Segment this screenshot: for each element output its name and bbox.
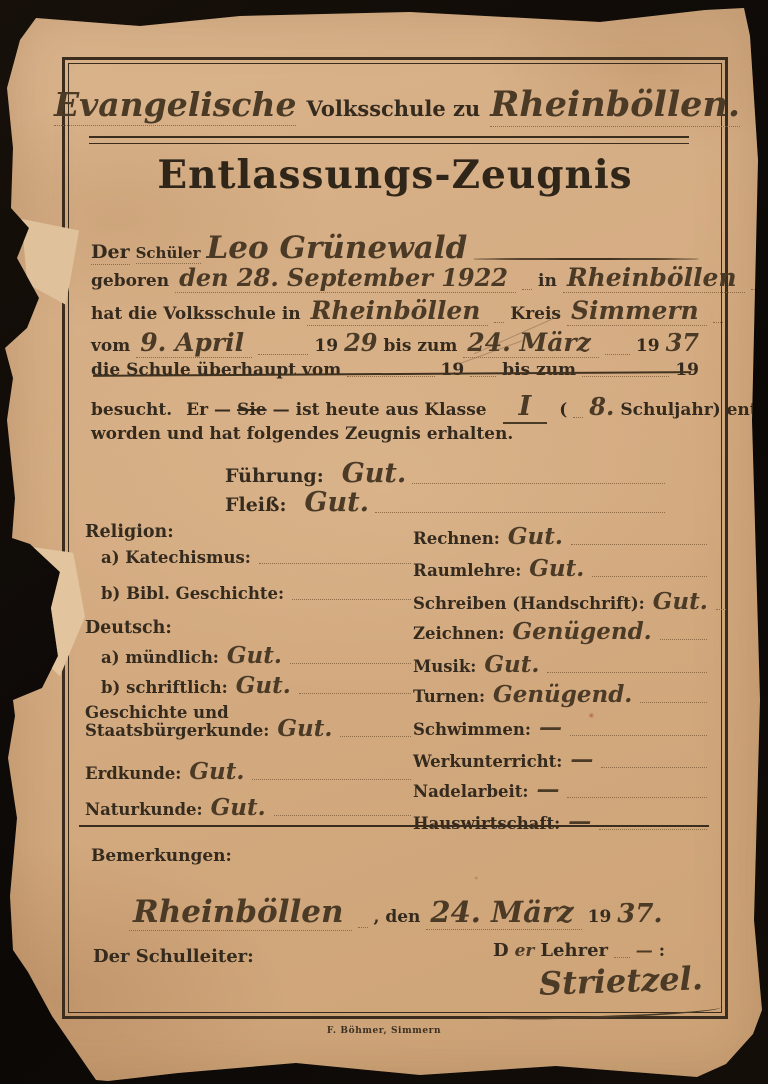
- schreiben-label: Schreiben (Handschrift):: [413, 594, 645, 613]
- dotted-line: [347, 376, 434, 377]
- to-year-handwritten: 37: [666, 328, 699, 357]
- dotted-line: [751, 289, 761, 290]
- hauswirtschaft-row: Hauswirtschaft: —: [413, 808, 707, 833]
- dotted-line: [605, 354, 630, 355]
- from-year-handwritten: 29: [344, 328, 377, 357]
- struck-text-a: die Schule überhaupt vom: [91, 360, 341, 380]
- century-printed: 19: [636, 336, 660, 356]
- lehrer-d-printed: D: [493, 940, 509, 961]
- kreis-label: Kreis: [510, 304, 561, 324]
- dotted-line: [470, 376, 496, 377]
- naturkunde-value: Gut.: [211, 794, 266, 821]
- nadelarbeit-row: Nadelarbeit: —: [413, 776, 707, 801]
- dotted-line: [599, 829, 707, 830]
- nadelarbeit-label: Nadelarbeit:: [413, 782, 528, 801]
- er-label: Er: [186, 400, 208, 420]
- rechnen-value: Gut.: [508, 523, 563, 550]
- erdkunde-label: Erdkunde:: [85, 764, 181, 783]
- volksschule-label: hat die Volksschule in: [91, 304, 301, 324]
- schulleiter-row: Der Schulleiter:: [93, 946, 333, 967]
- muendlich-value: Gut.: [227, 642, 282, 669]
- zeichnen-value: Genügend.: [512, 618, 651, 645]
- schriftlich-value: Gut.: [236, 672, 291, 699]
- musik-label: Musik:: [413, 657, 476, 676]
- dotted-line: [582, 376, 669, 377]
- hauswirtschaft-value: —: [568, 808, 591, 835]
- fuehrung-value-handwritten: Gut.: [342, 458, 407, 489]
- zeichnen-row: Zeichnen: Genügend.: [413, 618, 707, 643]
- schriftlich-label: b) schriftlich:: [101, 678, 228, 697]
- sie-label-struck: Sie: [237, 400, 267, 420]
- musik-row: Musik: Gut.: [413, 651, 707, 676]
- article-label: Der: [91, 241, 130, 265]
- erdkunde-row: Erdkunde: Gut.: [85, 758, 411, 783]
- dismissal-row: besucht. Er — Sie — ist heute aus Klasse…: [91, 391, 699, 421]
- dotted-line: [567, 797, 707, 798]
- dotted-line: [274, 815, 411, 816]
- birth-place-handwritten: Rheinböllen: [563, 263, 745, 293]
- fuehrung-row: Führung: Gut.: [225, 458, 665, 487]
- dotted-line: [547, 672, 707, 673]
- raumlehre-value: Gut.: [529, 555, 584, 582]
- dotted-line: [614, 957, 630, 958]
- dotted-line: [573, 417, 583, 418]
- dotted-line: [258, 354, 308, 355]
- fuehrung-label: Führung:: [225, 465, 324, 487]
- rechnen-label: Rechnen:: [413, 529, 500, 548]
- struck-century-a: 19: [441, 360, 465, 380]
- certificate-border-frame: Evangelische Volksschule zu Rheinböllen.…: [62, 57, 728, 1019]
- zeichnen-label: Zeichnen:: [413, 624, 504, 643]
- rechnen-row: Rechnen: Gut.: [413, 523, 707, 548]
- from-label: vom: [91, 336, 130, 356]
- certificate-paper: Evangelische Volksschule zu Rheinböllen.…: [0, 0, 768, 1084]
- class-value-handwritten: I: [503, 391, 548, 424]
- pupil-label: Schüler: [136, 244, 201, 264]
- schreiben-row: Schreiben (Handschrift): Gut.: [413, 588, 707, 613]
- dotted-line: [716, 609, 726, 610]
- schwimmen-value: —: [539, 714, 562, 741]
- werkunterricht-row: Werkunterricht: —: [413, 746, 707, 771]
- in-label: in: [538, 271, 557, 291]
- signature-row: Strietzel.: [539, 962, 699, 1000]
- kreis-value: Simmern: [567, 296, 707, 326]
- pupil-name-handwritten: Leo Grünewald: [207, 230, 468, 266]
- raumlehre-row: Raumlehre: Gut.: [413, 555, 707, 580]
- printer-mark: F. Böhmer, Simmern: [0, 1026, 768, 1036]
- dotted-line: [375, 512, 665, 513]
- nadelarbeit-value: —: [536, 776, 559, 803]
- erdkunde-value: Gut.: [189, 758, 244, 785]
- birth-row: geboren den 28. September 1922 in Rheinb…: [91, 263, 699, 293]
- schulleiter-label: Der Schulleiter:: [93, 946, 254, 967]
- year-handwritten: 37.: [617, 899, 662, 929]
- fleiss-label: Fleiß:: [225, 494, 286, 516]
- certificate-title: Entlassungs-Zeugnis: [65, 152, 725, 198]
- schuljahr-label: Schuljahr) entlassen: [620, 400, 768, 420]
- section-divider: [79, 825, 709, 827]
- schuljahr-value-handwritten: 8.: [589, 392, 614, 421]
- religion-header: Religion:: [85, 522, 411, 542]
- dotted-line: [340, 736, 411, 737]
- birth-date-handwritten: den 28. September 1922: [175, 263, 516, 293]
- hand-stroke: [473, 258, 699, 260]
- bibl-geschichte-label: b) Bibl. Geschichte:: [101, 584, 284, 603]
- worden-text: worden und hat folgendes Zeugnis erhalte…: [91, 424, 513, 444]
- school-label: Volksschule zu: [306, 96, 480, 121]
- until-label: bis zum: [383, 336, 457, 356]
- fleiss-value-handwritten: Gut.: [304, 487, 369, 518]
- born-label: geboren: [91, 271, 169, 291]
- dotted-line: [522, 289, 532, 290]
- century-printed: 19: [314, 336, 338, 356]
- lehrer-row: D er Lehrer — :: [493, 940, 665, 961]
- dotted-line: [601, 767, 707, 768]
- geschichte-label-line1: Geschichte und: [85, 704, 269, 722]
- attendance-dates-row: vom 9. April 19 29 bis zum 24. März 19 3…: [91, 328, 699, 358]
- deutsch-label: Deutsch:: [85, 618, 172, 638]
- dash: —: [214, 400, 231, 420]
- dismissal-text: ist heute aus Klasse: [296, 400, 487, 420]
- dotted-line: [290, 663, 411, 664]
- dotted-line: [713, 322, 723, 323]
- teacher-signature: Strietzel.: [538, 959, 703, 1003]
- geschichte-value: Gut.: [277, 715, 332, 742]
- dotted-line: [640, 702, 707, 703]
- geschichte-row: Geschichte und Staatsbürgerkunde: Gut.: [85, 704, 411, 740]
- dash: —: [273, 400, 290, 420]
- lehrer-er-handwritten: er: [515, 941, 535, 961]
- dotted-line: [660, 639, 707, 640]
- naturkunde-label: Naturkunde:: [85, 800, 203, 819]
- dotted-line: [299, 693, 411, 694]
- schreiben-value: Gut.: [653, 588, 708, 615]
- turnen-value: Genügend.: [493, 681, 632, 708]
- dotted-line: [358, 927, 368, 928]
- deutsch-header: Deutsch:: [85, 618, 411, 638]
- worden-row: worden und hat folgendes Zeugnis erhalte…: [91, 424, 699, 444]
- raumlehre-label: Raumlehre:: [413, 561, 521, 580]
- turnen-row: Turnen: Genügend.: [413, 681, 707, 706]
- lehrer-colon: :: [659, 941, 665, 961]
- muendlich-row: a) mündlich: Gut.: [85, 642, 411, 667]
- lehrer-label: Lehrer: [540, 940, 608, 961]
- bibl-geschichte-row: b) Bibl. Geschichte:: [85, 584, 411, 603]
- header-rule: [89, 136, 689, 144]
- turnen-label: Turnen:: [413, 687, 485, 706]
- dotted-line: [494, 322, 504, 323]
- pupil-name-row: Der Schüler Leo Grünewald: [91, 230, 699, 265]
- city-handwritten: Rheinböllen: [129, 894, 352, 931]
- century-printed: 19: [588, 907, 612, 927]
- katechismus-label: a) Katechismus:: [101, 548, 251, 567]
- hauswirtschaft-label: Hauswirtschaft:: [413, 814, 560, 833]
- den-label: , den: [374, 907, 421, 927]
- katechismus-row: a) Katechismus:: [85, 548, 411, 567]
- schwimmen-label: Schwimmen:: [413, 720, 531, 739]
- school-type-handwritten: Evangelische: [54, 85, 297, 126]
- dotted-line: [292, 599, 411, 600]
- bemerkungen-row: Bemerkungen:: [91, 846, 699, 866]
- from-date-handwritten: 9. April: [136, 328, 252, 358]
- struck-row: die Schule überhaupt vom 19 bis zum 19: [91, 360, 699, 380]
- werkunterricht-label: Werkunterricht:: [413, 752, 562, 771]
- place-date-row: Rheinböllen , den 24. März 19 37.: [129, 894, 635, 931]
- paren-open: (: [559, 400, 567, 420]
- school-row: hat die Volksschule in Rheinböllen Kreis…: [91, 296, 699, 326]
- school-place-value: Rheinböllen: [307, 296, 489, 326]
- dotted-line: [571, 544, 707, 545]
- school-header: Evangelische Volksschule zu Rheinböllen.: [87, 84, 707, 127]
- schwimmen-row: Schwimmen: —: [413, 714, 707, 739]
- lehrer-dash-handwritten: —: [636, 941, 653, 961]
- struck-text-b: bis zum: [502, 360, 576, 380]
- dotted-line: [592, 576, 707, 577]
- musik-value: Gut.: [484, 651, 539, 678]
- struck-century-b: 19: [675, 360, 699, 380]
- dotted-line: [252, 779, 411, 780]
- to-date-handwritten: 24. März: [463, 328, 598, 358]
- photo-background: Evangelische Volksschule zu Rheinböllen.…: [0, 0, 768, 1084]
- dotted-line: [412, 483, 665, 484]
- geschichte-label-line2: Staatsbürgerkunde:: [85, 722, 269, 740]
- dotted-line: [259, 563, 411, 564]
- religion-label: Religion:: [85, 522, 174, 542]
- schriftlich-row: b) schriftlich: Gut.: [85, 672, 411, 697]
- besucht-label: besucht.: [91, 400, 172, 420]
- muendlich-label: a) mündlich:: [101, 648, 219, 667]
- bemerkungen-label: Bemerkungen:: [91, 846, 232, 866]
- fleiss-row: Fleiß: Gut.: [225, 487, 665, 516]
- dotted-line: [570, 735, 707, 736]
- date-handwritten: 24. März: [426, 895, 581, 930]
- naturkunde-row: Naturkunde: Gut.: [85, 794, 411, 819]
- werkunterricht-value: —: [570, 746, 593, 773]
- school-place-handwritten: Rheinböllen.: [490, 84, 740, 127]
